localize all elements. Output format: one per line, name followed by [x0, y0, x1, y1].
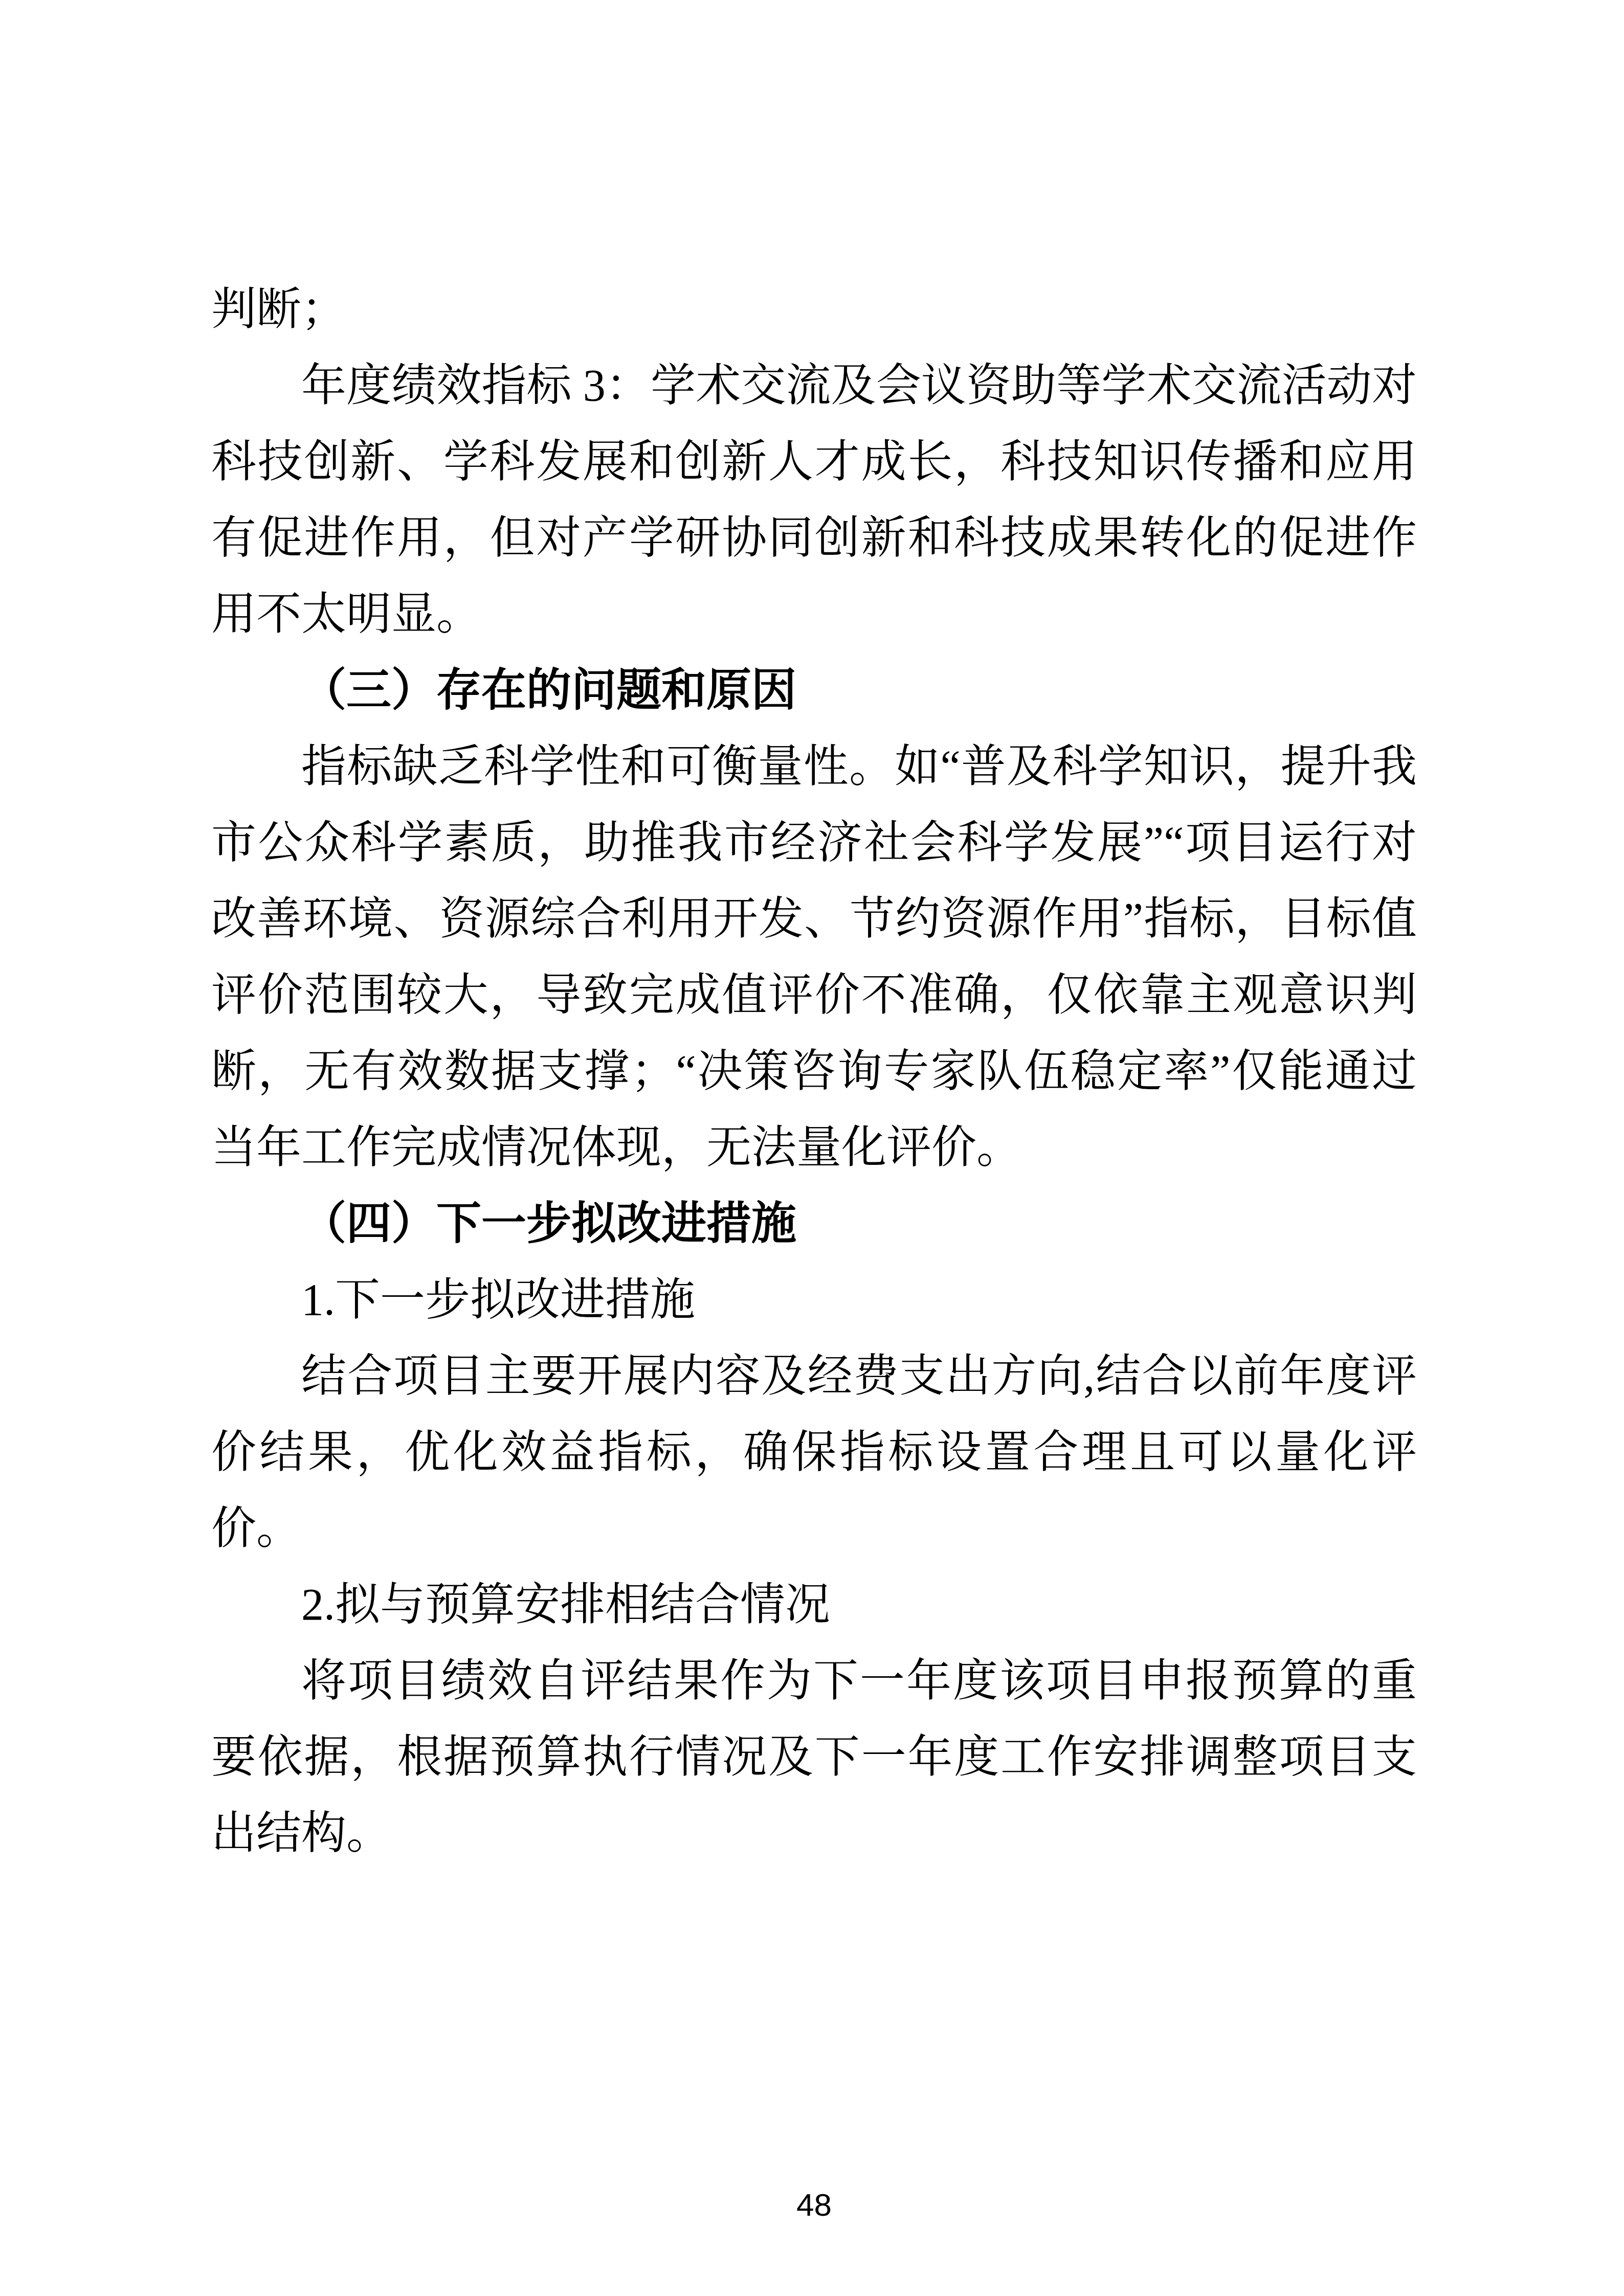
- paragraph-improvement-measures: 结合项目主要开展内容及经费支出方向,结合以前年度评价结果，优化效益指标，确保指标…: [211, 1338, 1417, 1567]
- section-heading-3-problems-and-causes: （三）存在的问题和原因: [211, 652, 1417, 729]
- paragraph-problems-description: 指标缺乏科学性和可衡量性。如“普及科学知识，提升我市公众科学素质，助推我市经济社…: [211, 729, 1417, 1186]
- paragraph-annual-indicator-3: 年度绩效指标 3：学术交流及会议资助等学术交流活动对科技创新、学科发展和创新人才…: [211, 348, 1417, 652]
- document-page: 判断； 年度绩效指标 3：学术交流及会议资助等学术交流活动对科技创新、学科发展和…: [0, 0, 1624, 2296]
- paragraph-continuation: 判断；: [211, 272, 1417, 348]
- document-body: 判断； 年度绩效指标 3：学术交流及会议资助等学术交流活动对科技创新、学科发展和…: [211, 272, 1417, 1872]
- page-number: 48: [796, 2188, 832, 2223]
- page-footer: 48: [211, 2188, 1417, 2223]
- section-heading-4-improvement-measures: （四）下一步拟改进措施: [211, 1186, 1417, 1262]
- subheading-2-budget-integration: 2.拟与预算安排相结合情况: [211, 1567, 1417, 1643]
- subheading-1-improvement-measures: 1.下一步拟改进措施: [211, 1262, 1417, 1338]
- paragraph-budget-integration: 将项目绩效自评结果作为下一年度该项目申报预算的重要依据，根据预算执行情况及下一年…: [211, 1643, 1417, 1872]
